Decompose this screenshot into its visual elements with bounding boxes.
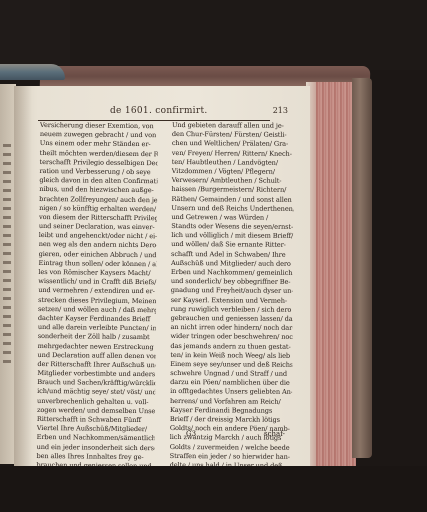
running-head: de 1601. confirmirt. bbox=[110, 106, 208, 116]
catchword: schaf- bbox=[264, 430, 285, 438]
text-line: chen und Weltlichen/ Prälaten/ Gra- bbox=[172, 139, 294, 149]
bookmark-ribbon bbox=[0, 64, 65, 80]
book-cover-edge bbox=[352, 78, 372, 458]
text-line: und wöllen/ daß Sie ernante Ritter- bbox=[171, 240, 293, 250]
red-page-edges bbox=[306, 82, 356, 470]
page-gutter-shadow bbox=[14, 86, 32, 472]
text-line: sonderheit der Zöll halb / zusambt bbox=[38, 332, 156, 342]
text-line: nibus, und den hiezwischen außge- bbox=[39, 185, 157, 195]
text-line: das jemands andern zu thuen gestat- bbox=[170, 341, 292, 351]
page-number: 213 bbox=[273, 106, 288, 115]
text-line: Räthen/ Gemainden / und sonst allen bbox=[171, 194, 293, 204]
signature-mark: G3 bbox=[186, 430, 196, 438]
table-surface bbox=[0, 466, 427, 512]
text-column-left: Versicherung dieser Exemtion, vonneuem z… bbox=[36, 121, 158, 490]
page-header: de 1601. confirmirt. 213 bbox=[38, 106, 288, 120]
text-line: in offtgedachtes Unsers geliebten An- bbox=[170, 387, 292, 397]
text-line: ser Kayserl. Extension und Vermeh- bbox=[171, 296, 293, 306]
text-line: wider tringen oder beschwehren/ noch bbox=[170, 332, 292, 342]
dark-backdrop-corner bbox=[0, 0, 70, 70]
text-line: gnadung und Freyheit/auch dyser un- bbox=[171, 286, 293, 296]
show-through-text bbox=[3, 144, 11, 364]
text-line: Goldts / zuvermeiden / welche beede bbox=[170, 443, 292, 453]
text-line: haissen /Burgermeistern/ Richtern/ bbox=[171, 185, 293, 195]
text-line: ven/ Freyen/ Herren/ Rittern/ Knech- bbox=[172, 149, 294, 159]
